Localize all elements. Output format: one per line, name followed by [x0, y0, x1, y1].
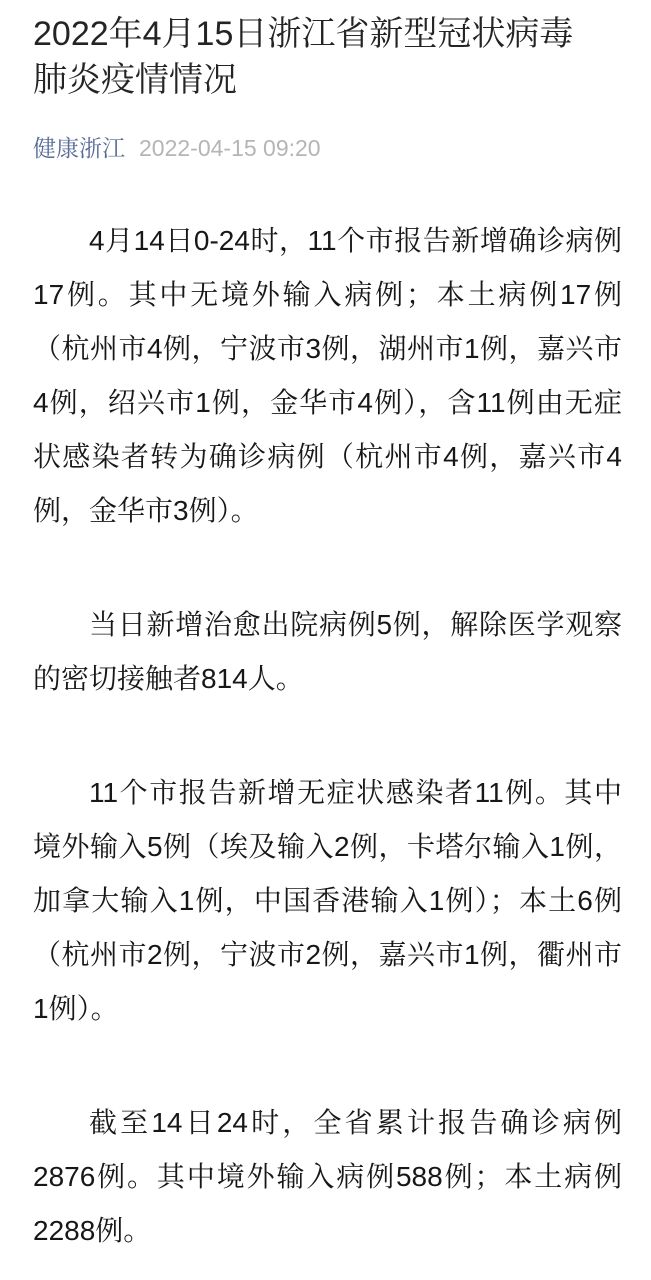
publish-timestamp: 2022-04-15 09:20: [139, 132, 321, 164]
source-account-link[interactable]: 健康浙江: [33, 132, 125, 164]
article-title: 2022年4月15日浙江省新型冠状病毒肺炎疫情情况: [33, 11, 605, 103]
paragraph-new-confirmed-cases: 4月14日0-24时，11个市报告新增确诊病例17例。其中无境外输入病例；本土病…: [33, 214, 622, 538]
article-page: 2022年4月15日浙江省新型冠状病毒肺炎疫情情况 健康浙江 2022-04-1…: [0, 0, 651, 1278]
paragraph-cumulative-totals: 截至14日24时，全省累计报告确诊病例2876例。其中境外输入病例588例；本土…: [33, 1096, 622, 1258]
paragraph-recovered-discharged: 当日新增治愈出院病例5例，解除医学观察的密切接触者814人。: [33, 598, 622, 706]
paragraph-asymptomatic-cases: 11个市报告新增无症状感染者11例。其中境外输入5例（埃及输入2例，卡塔尔输入1…: [33, 766, 622, 1036]
article-meta: 健康浙江 2022-04-15 09:20: [33, 132, 622, 164]
